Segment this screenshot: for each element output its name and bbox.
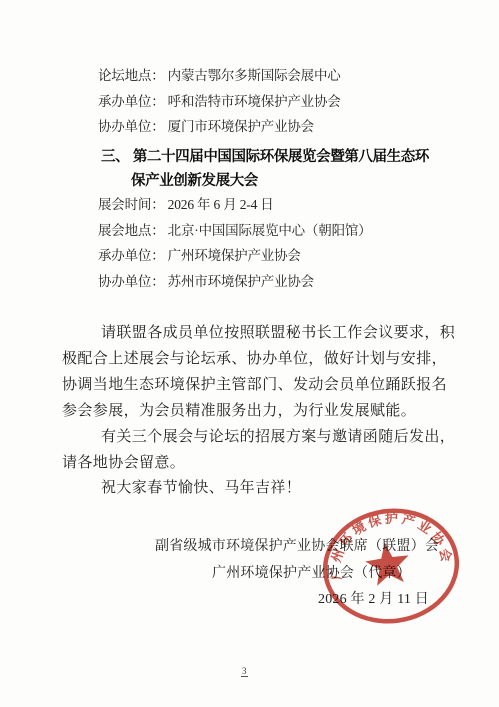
expo-date-line: 展会时间： 2026 年 6 月 2-4 日 <box>98 192 371 218</box>
section3-heading-line2: 保产业创新发展大会 <box>131 169 258 190</box>
signature-agent-line: 广州环境保护产业协会（代章） <box>212 562 411 582</box>
expo-organizer-line: 承办单位： 广州环境保护产业协会 <box>98 243 371 269</box>
body-line: 参会参展，为会员精准服务出力，为行业发展赋能。 <box>62 399 448 425</box>
signature-org-line: 副省级城市环境保护产业协会联席（联盟）会 <box>155 535 439 555</box>
forum-detail-block: 论坛地点： 内蒙古鄂尔多斯国际会展中心 承办单位： 呼和浩特市环境保护产业协会 … <box>98 63 341 140</box>
body-line: 请联盟各成员单位按照联盟秘书长工作会议要求，积 <box>62 321 448 347</box>
signature-date-line: 2026 年 2 月 11 日 <box>318 588 429 608</box>
expo-detail-block: 展会时间： 2026 年 6 月 2-4 日 展会地点： 北京·中国国际展览中心… <box>98 192 371 295</box>
body-line: 有关三个展会与论坛的招展方案与邀请函随后发出， <box>62 425 448 451</box>
scanned-letter-page: 论坛地点： 内蒙古鄂尔多斯国际会展中心 承办单位： 呼和浩特市环境保护产业协会 … <box>0 0 499 707</box>
forum-coorganizer-line: 协办单位： 厦门市环境保护产业协会 <box>98 114 341 140</box>
body-line: 极配合上述展会与论坛承、协办单位，做好计划与安排， <box>62 347 448 373</box>
section3-heading-line1: 三、 第二十四届中国国际环保展览会暨第八届生态环 <box>101 145 429 166</box>
expo-coorganizer-line: 协办单位： 苏州市环境保护产业协会 <box>98 269 371 295</box>
expo-venue-line: 展会地点： 北京·中国国际展览中心（朝阳馆） <box>98 218 371 244</box>
page-number: 3 <box>241 666 248 677</box>
body-line: 协调当地生态环境保护主管部门、发动会员单位踊跃报名 <box>62 373 448 399</box>
greeting-line: 祝大家春节愉快、马年吉祥！ <box>62 476 448 502</box>
forum-organizer-line: 承办单位： 呼和浩特市环境保护产业协会 <box>98 89 341 115</box>
forum-venue-line: 论坛地点： 内蒙古鄂尔多斯国际会展中心 <box>98 63 341 89</box>
body-line: 请各地协会留意。 <box>62 451 448 477</box>
body-paragraphs: 请联盟各成员单位按照联盟秘书长工作会议要求，积 极配合上述展会与论坛承、协办单位… <box>62 321 448 502</box>
